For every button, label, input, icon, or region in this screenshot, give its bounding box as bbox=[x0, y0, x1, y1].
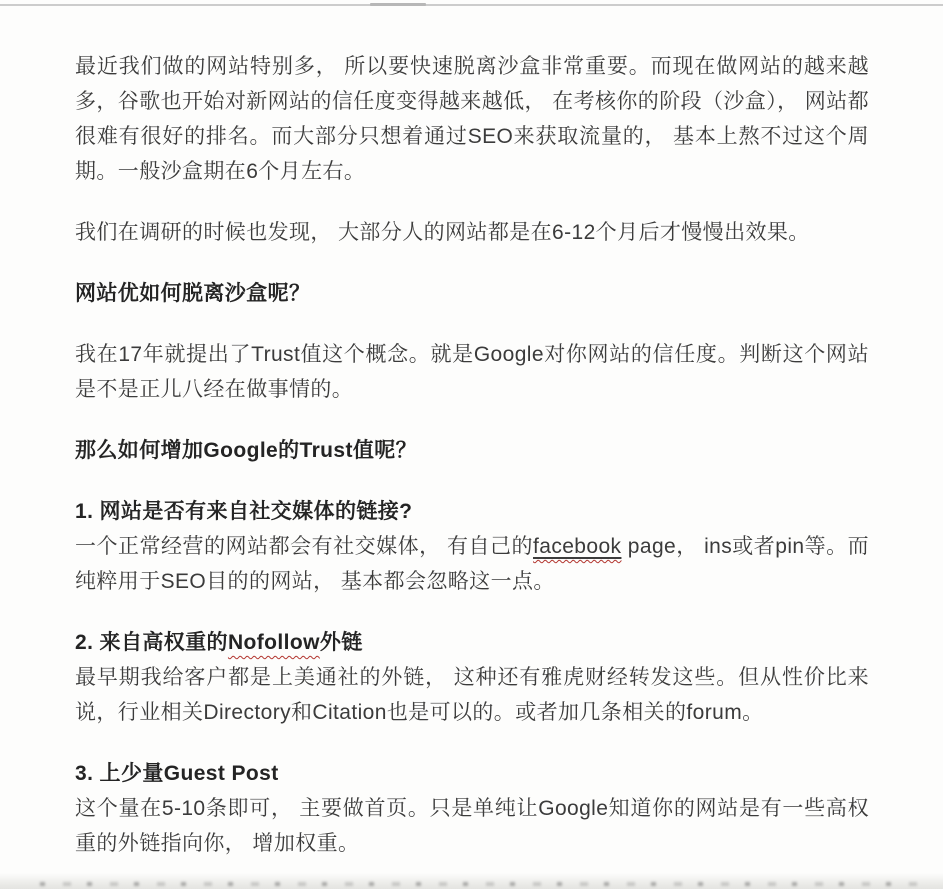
item-1-heading: 1. 网站是否有来自社交媒体的链接? bbox=[75, 494, 869, 529]
item-3-body: 这个量在5-10条即可， 主要做首页。只是单纯让Google知道你的网站是有一些… bbox=[75, 791, 869, 861]
intro-paragraph: 最近我们做的网站特别多， 所以要快速脱离沙盒非常重要。而现在做网站的越来越多，谷… bbox=[75, 49, 869, 189]
item-2-heading: 2. 来自高权重的Nofollow外链 bbox=[75, 625, 869, 660]
item-2-body: 最早期我给客户都是上美通社的外链， 这种还有雅虎财经转发这些。但从性价比来说，行… bbox=[75, 660, 869, 730]
facebook-link[interactable]: facebook bbox=[533, 535, 621, 558]
item-1-body: 一个正常经营的网站都会有社交媒体， 有自己的facebook page， ins… bbox=[75, 529, 869, 599]
top-divider-rule bbox=[0, 4, 943, 6]
top-rule-shadow bbox=[370, 3, 426, 6]
nofollow-term: Nofollow bbox=[228, 631, 320, 654]
heading-escape-sandbox: 网站优如何脱离沙盒呢？ bbox=[75, 276, 869, 311]
document-body: 最近我们做的网站特别多， 所以要快速脱离沙盒非常重要。而现在做网站的越来越多，谷… bbox=[75, 49, 869, 861]
item-3-heading: 3. 上少量Guest Post bbox=[75, 756, 869, 791]
trust-concept-paragraph: 我在17年就提出了Trust值这个概念。就是Google对你网站的信任度。判断这… bbox=[75, 337, 869, 407]
research-finding-paragraph: 我们在调研的时候也发现， 大部分人的网站都是在6-12个月后才慢慢出效果。 bbox=[75, 215, 869, 250]
heading-increase-trust: 那么如何增加Google的Trust值呢？ bbox=[75, 433, 869, 468]
cutoff-next-line bbox=[0, 873, 943, 889]
document-page: 最近我们做的网站特别多， 所以要快速脱离沙盒非常重要。而现在做网站的越来越多，谷… bbox=[0, 0, 943, 889]
